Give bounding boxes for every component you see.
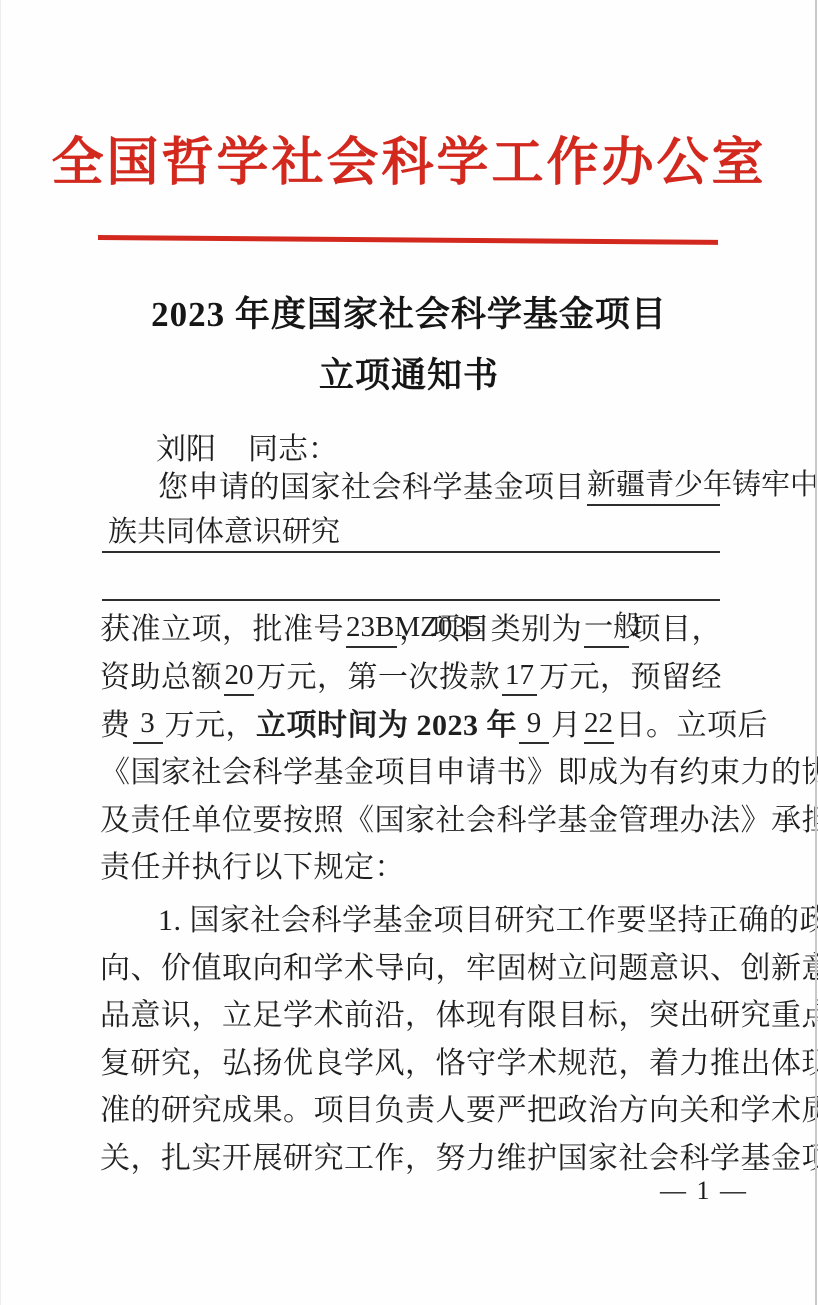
page-number: — 1 — xyxy=(660,1176,748,1206)
document-line: 向、价值取向和学术导向，牢固树立问题意识、创新意识和精 xyxy=(100,943,722,991)
fill-in-field: 23BMZ035 xyxy=(346,608,397,648)
text-segment: 《国家社会科学基金项目申请书》即成为有约束力的协议，您 xyxy=(100,751,818,795)
text-segment: 月 xyxy=(551,704,582,748)
fill-in-field: 22 xyxy=(584,704,614,744)
document-line: 费3万元，立项时间为 2023 年9月22日。立项后 xyxy=(100,700,722,748)
fill-in-field: 17 xyxy=(502,656,537,696)
paragraph-block: 1. 国家社会科学基金项目研究工作要坚持正确的政治方向、价值取向和学术导向，牢固… xyxy=(100,895,722,1181)
text-segment: 及责任单位要按照《国家社会科学基金管理办法》承担相应 xyxy=(100,799,818,843)
text-segment: 项目， xyxy=(631,608,723,652)
text-segment: 费 xyxy=(100,704,131,748)
document-line xyxy=(100,557,722,605)
text-segment: 品意识，立足学术前沿，体现有限目标，突出研究重点，避免重 xyxy=(100,994,818,1038)
text-segment: 资助总额 xyxy=(100,656,222,700)
scan-artifact-left-edge xyxy=(0,0,1,1305)
fill-in-field xyxy=(102,599,720,601)
text-segment: 获准立项，批准号 xyxy=(100,608,344,652)
document-line: 及责任单位要按照《国家社会科学基金管理办法》承担相应 xyxy=(100,795,722,843)
document-line: 族共同体意识研究 xyxy=(100,510,722,558)
text-segment: 关，扎实开展研究工作，努力维护国家社会科学基金项目的导 xyxy=(100,1137,818,1181)
text-segment: 向、价值取向和学术导向，牢固树立问题意识、创新意识和精 xyxy=(100,947,818,991)
text-segment: 复研究，弘扬优良学风，恪守学术规范，着力推出体现国家水 xyxy=(100,1042,818,1086)
paragraph-block: 您申请的国家社会科学基金项目新疆青少年铸牢中华民族共同体意识研究获准立项，批准号… xyxy=(100,462,722,890)
document-line: 您申请的国家社会科学基金项目新疆青少年铸牢中华民 xyxy=(100,462,722,510)
fill-in-field: 9 xyxy=(519,704,549,744)
letterhead-office-name: 全国哲学社会科学工作办公室 xyxy=(0,124,818,204)
document-line: 责任并执行以下规定： xyxy=(100,843,722,891)
fill-in-field: 族共同体意识研究 xyxy=(102,513,720,553)
text-segment: 责任并执行以下规定： xyxy=(100,846,405,890)
document-line: 准的研究成果。项目负责人要严把政治方向关和学术质量 xyxy=(100,1086,722,1134)
document-line: 《国家社会科学基金项目申请书》即成为有约束力的协议，您 xyxy=(100,748,722,796)
text-segment: ，项目类别为 xyxy=(399,608,582,652)
letterhead-divider-line xyxy=(98,235,718,245)
document-line: 复研究，弘扬优良学风，恪守学术规范，着力推出体现国家水 xyxy=(100,1038,722,1086)
scan-artifact-right-edge xyxy=(815,0,817,1305)
document-line: 资助总额20万元，第一次拨款17万元，预留经 xyxy=(100,652,722,700)
text-segment: 万元，第一次拨款 xyxy=(256,656,500,700)
document-body: 您申请的国家社会科学基金项目新疆青少年铸牢中华民族共同体意识研究获准立项，批准号… xyxy=(100,462,722,1181)
text-segment: 您申请的国家社会科学基金项目 xyxy=(158,466,585,510)
text-segment: 万元，预留经 xyxy=(539,656,722,700)
text-segment: 万元， xyxy=(165,704,257,748)
text-segment: 日。立项后 xyxy=(616,704,769,748)
fill-in-field: 20 xyxy=(224,656,254,696)
document-line: 1. 国家社会科学基金项目研究工作要坚持正确的政治方 xyxy=(100,895,722,943)
text-segment: 立项时间为 2023 年 xyxy=(256,704,517,748)
document-line: 获准立项，批准号23BMZ035，项目类别为一般项目， xyxy=(100,605,722,653)
document-line: 关，扎实开展研究工作，努力维护国家社会科学基金项目的导 xyxy=(100,1133,722,1181)
document-title-line2: 立项通知书 xyxy=(0,345,818,406)
text-segment: 1. 国家社会科学基金项目研究工作要坚持正确的政治方 xyxy=(158,899,818,943)
text-segment: 准的研究成果。项目负责人要严把政治方向关和学术质量 xyxy=(100,1089,818,1133)
document-title-line1: 2023 年度国家社会科学基金项目 xyxy=(0,284,818,345)
fill-in-field: 一般 xyxy=(584,608,628,648)
document-title: 2023 年度国家社会科学基金项目 立项通知书 xyxy=(0,284,818,406)
document-line: 品意识，立足学术前沿，体现有限目标，突出研究重点，避免重 xyxy=(100,991,722,1039)
scanned-page: 全国哲学社会科学工作办公室 2023 年度国家社会科学基金项目 立项通知书 刘阳… xyxy=(0,0,818,1305)
fill-in-field: 3 xyxy=(133,704,163,744)
fill-in-field: 新疆青少年铸牢中华民 xyxy=(587,466,720,506)
